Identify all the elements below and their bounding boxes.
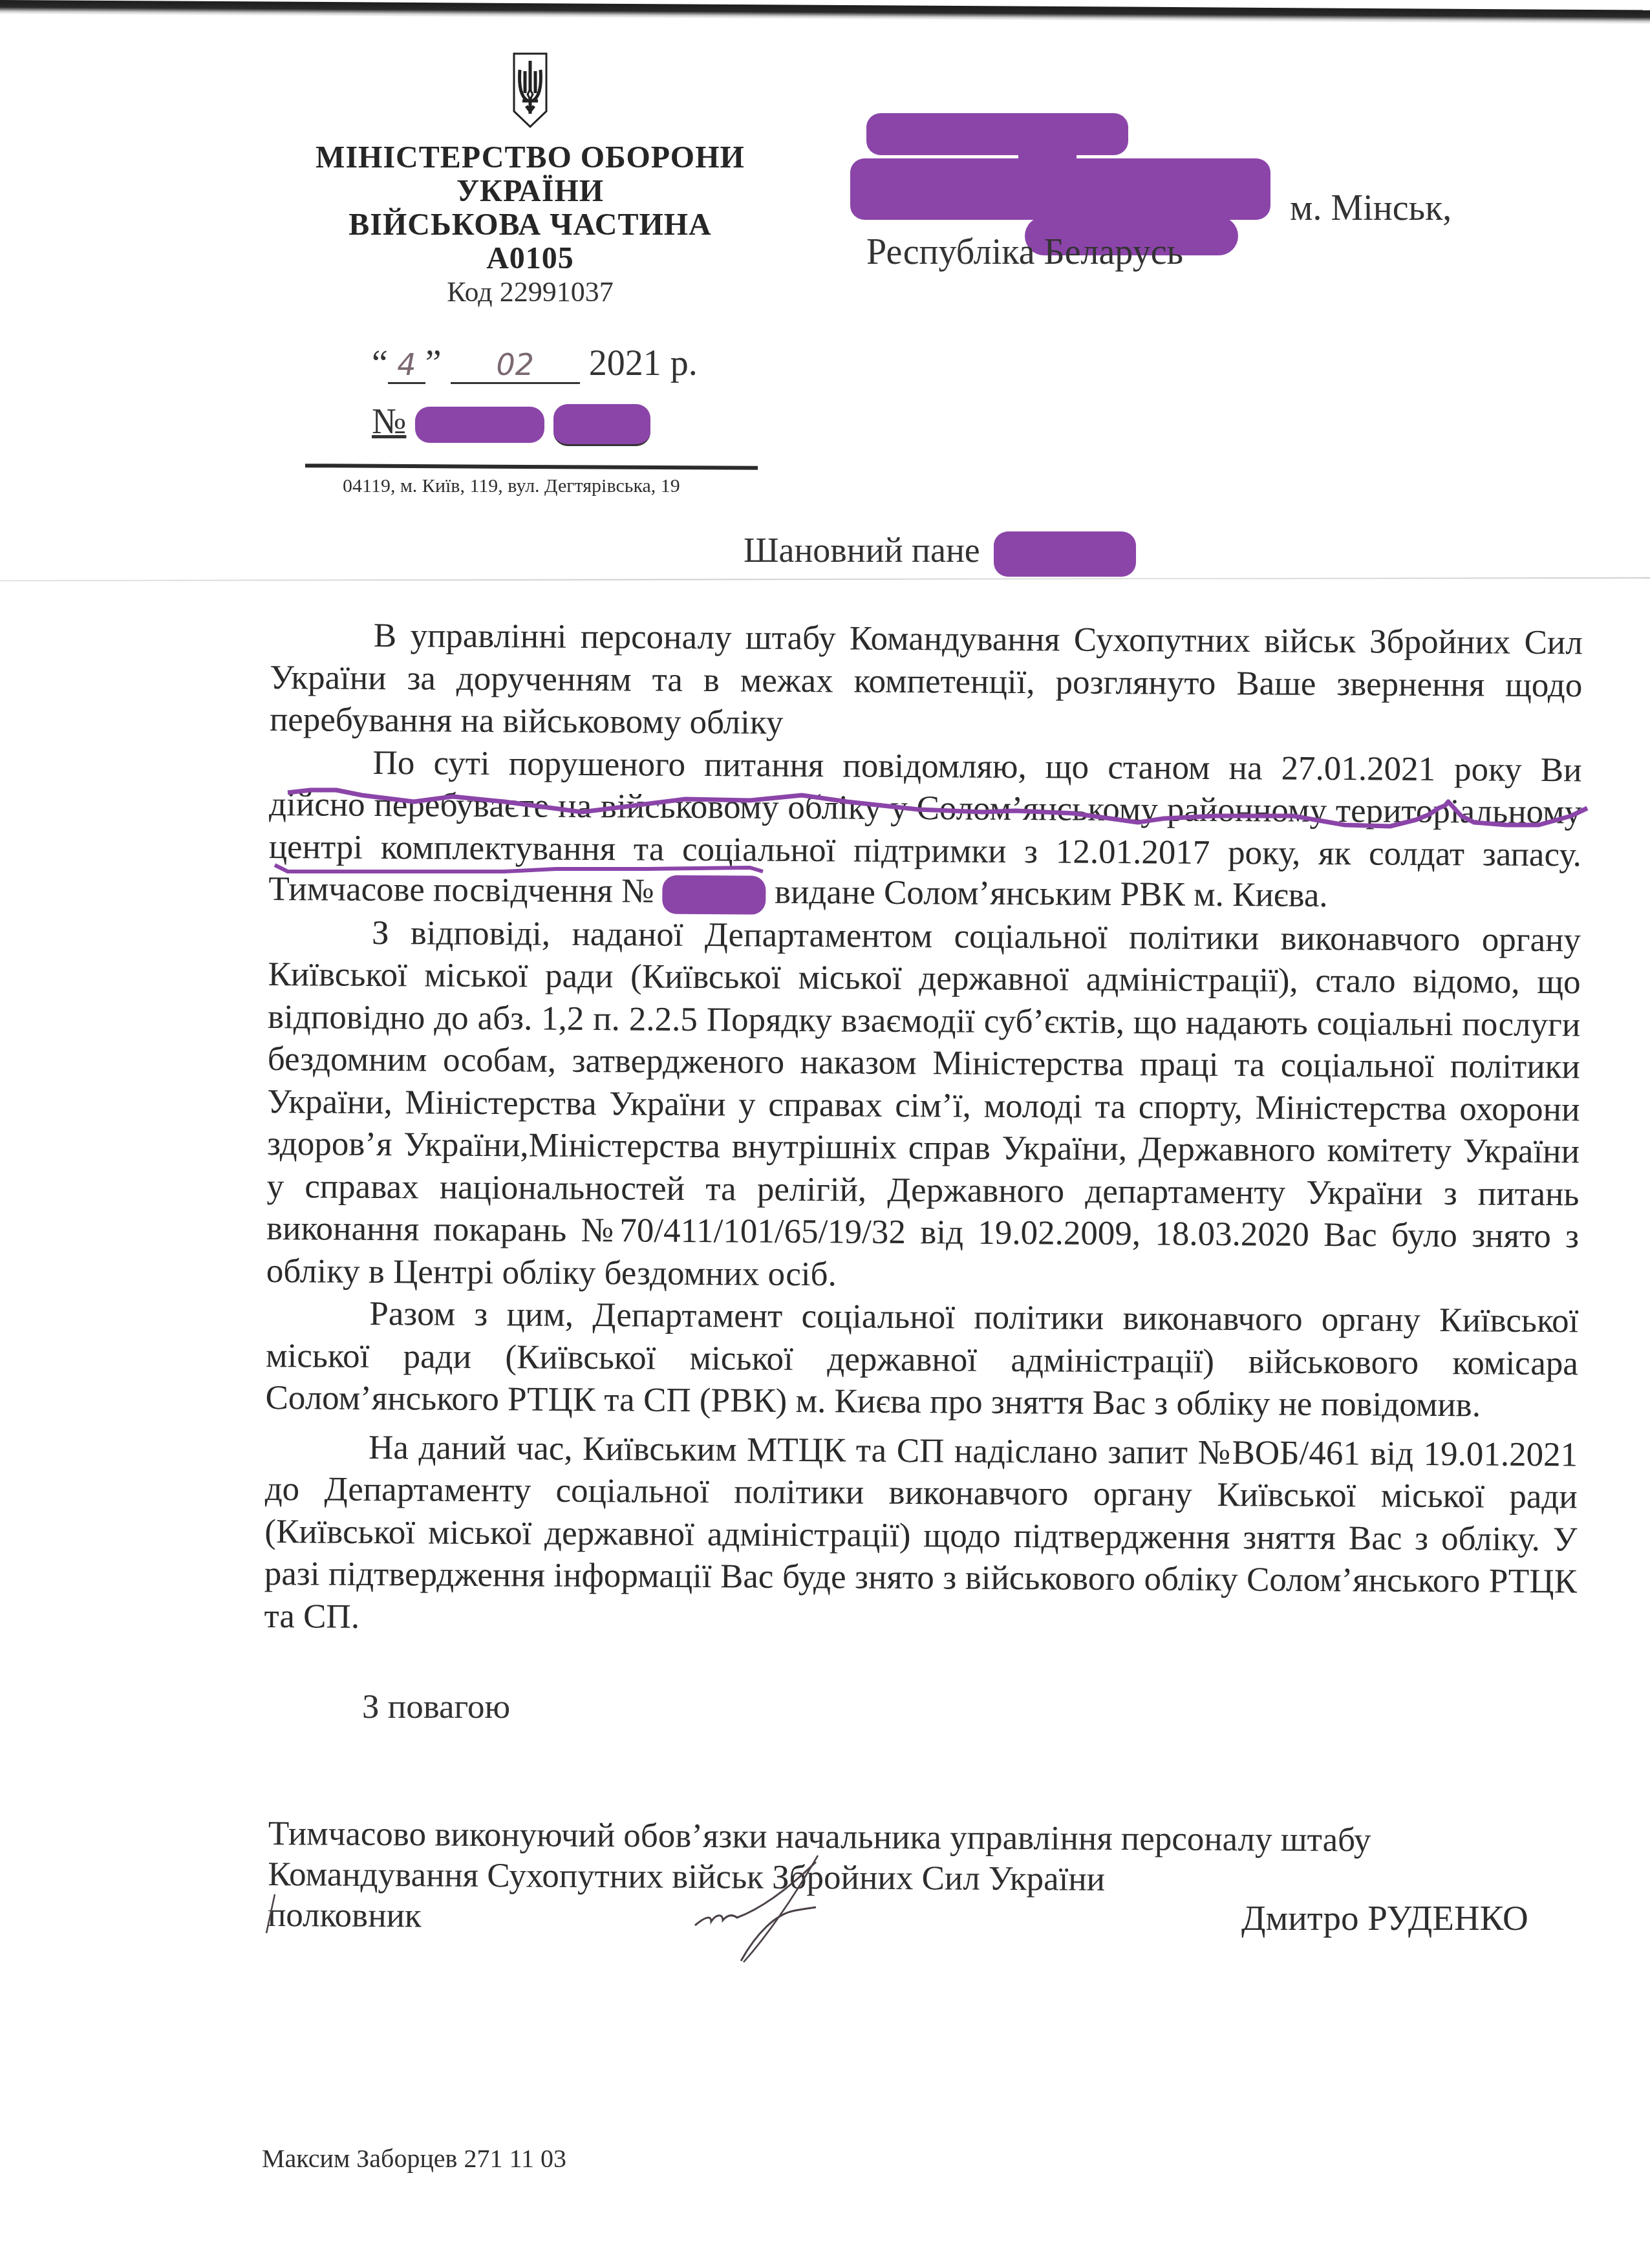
number-label: №: [372, 401, 406, 442]
date-open-quote: “: [372, 343, 388, 383]
executor-contact: Максим Заборцев 271 11 03: [262, 2143, 566, 2174]
redaction-mark: [994, 531, 1136, 577]
redaction-mark: [415, 407, 544, 443]
paragraph-4: Разом з цим, Департамент соціальної полі…: [265, 1292, 1578, 1428]
redaction-mark: [866, 113, 1128, 155]
date-close-quote: ”: [425, 343, 442, 383]
org-code: Код 22991037: [297, 275, 763, 309]
signatory-title: Тимчасово виконуючий обов’язки начальник…: [268, 1813, 1371, 1942]
certificate-label: Тимчасове посвідчення №: [268, 870, 654, 910]
paragraph-2-intro: По суті порушеного питання повідомляю, щ…: [372, 744, 1521, 788]
sender-address: 04119, м. Київ, 119, вул. Дегтярівська, …: [343, 475, 680, 497]
paragraph-1: В управлінні персоналу штабу Командуванн…: [270, 614, 1583, 749]
redaction-mark: [1018, 129, 1077, 181]
org-name-line-2: УКРАЇНИ: [297, 175, 763, 208]
redaction-mark: [553, 404, 650, 446]
paragraph-3: З відповіді, наданої Департаментом соціа…: [266, 912, 1581, 1301]
letterhead: МІНІСТЕРСТВО ОБОРОНИ УКРАЇНИ ВІЙСЬКОВА Ч…: [297, 52, 763, 309]
signatory-title-line-1: Тимчасово виконуючий обов’язки начальник…: [268, 1813, 1371, 1861]
salutation-text: Шановний пане: [744, 531, 980, 570]
letter-date: “4” 02 2021 р.: [372, 343, 698, 384]
outgoing-number: №: [372, 401, 650, 446]
date-day: 4: [388, 347, 425, 384]
paper-fold-line: [0, 577, 1650, 581]
closing-phrase: З повагою: [362, 1687, 510, 1726]
letter-body: В управлінні персоналу штабу Командуванн…: [264, 614, 1583, 1646]
paragraph-2: По суті порушеного питання повідомляю, щ…: [268, 741, 1582, 919]
letterhead-divider: [305, 464, 758, 470]
date-month: 02: [451, 347, 580, 384]
org-name-line-1: МІНІСТЕРСТВО ОБОРОНИ: [297, 141, 763, 175]
redaction-mark: [663, 875, 766, 915]
recipient-country: Республіка Беларусь: [866, 231, 1183, 273]
salutation: Шановний пане: [744, 530, 1136, 577]
recipient-city: м. Мінськ,: [1290, 187, 1452, 229]
paragraph-5: На даний час, Київським МТЦК та СП надіс…: [264, 1426, 1578, 1646]
unit-label: ВІЙСЬКОВА ЧАСТИНА: [297, 208, 763, 242]
scan-edge-shadow: [0, 0, 1650, 25]
recipient-block: м. Мінськ, Республіка Беларусь: [863, 113, 1510, 281]
unit-number: А0105: [297, 242, 763, 275]
certificate-issuer: видане Солом’янським РВК м. Києва.: [775, 873, 1328, 914]
signatory-name: Дмитро РУДЕНКО: [1241, 1898, 1528, 1938]
signatory-title-line-2: Командування Сухопутних військ Збройних …: [268, 1854, 1371, 1901]
trident-coat-of-arms-icon: [512, 52, 548, 129]
date-year: 2021 р.: [589, 343, 698, 383]
signatory-rank: полковник: [268, 1895, 1371, 1942]
